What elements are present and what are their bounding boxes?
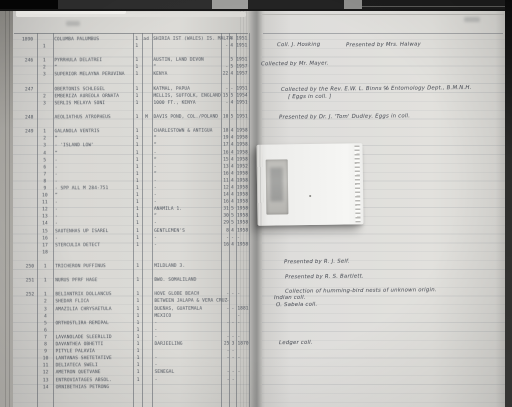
cell-day: 16 <box>221 199 229 206</box>
cell-qty: 1 <box>133 199 142 206</box>
cell-day: 16 <box>221 241 229 248</box>
cell-month: 4 <box>229 177 236 184</box>
cell-qty <box>134 398 143 405</box>
cell-age <box>142 291 152 298</box>
cell-day <box>221 277 229 284</box>
cell-qty: 1 <box>132 93 141 100</box>
cell-year <box>236 121 249 128</box>
cell-qty: 1 <box>132 64 141 71</box>
cell-no: 18 <box>37 249 53 256</box>
cell-reg <box>12 65 36 72</box>
cell-year: 1954 <box>235 92 248 99</box>
cell-qty <box>133 121 142 128</box>
cell-month <box>229 248 236 255</box>
cell-day: - <box>220 99 228 106</box>
cell-age <box>142 305 152 312</box>
cell-reg <box>13 122 37 129</box>
cell-age <box>142 249 152 256</box>
cell-year: - <box>237 355 250 362</box>
cell-no <box>38 398 54 405</box>
cell-qty: 1 <box>133 164 142 171</box>
cell-day <box>222 362 230 369</box>
cell-year: 1951 <box>235 35 248 42</box>
note-presented-by-1: Presented by Mrs. Halway <box>346 42 421 49</box>
cell-day: - <box>220 43 228 50</box>
cell-age <box>142 199 152 206</box>
cell-qty <box>133 284 142 291</box>
cell-qty: 1 <box>134 355 143 362</box>
cell-qty: 1 <box>133 206 142 213</box>
cell-qty: 1 <box>133 142 142 149</box>
cell-month <box>229 298 236 305</box>
cell-age <box>141 100 151 107</box>
cell-no: 2 <box>36 65 52 72</box>
cell-reg: 248 <box>13 114 37 121</box>
cell-year <box>237 376 250 383</box>
cell-month: 4 <box>229 227 236 234</box>
cell-month: - <box>229 291 236 298</box>
cell-month: - <box>230 348 237 355</box>
cell-day <box>222 390 230 397</box>
cell-qty: 1 <box>133 128 142 135</box>
cell-age <box>142 213 152 220</box>
cell-day <box>221 270 229 277</box>
top-edge-glint <box>362 6 505 7</box>
cell-reg <box>13 150 37 157</box>
cell-qty <box>133 107 142 114</box>
cell-no: 1 <box>36 58 52 65</box>
cell-age <box>143 355 153 362</box>
cell-no <box>37 270 53 277</box>
cell-reg <box>13 107 37 114</box>
cell-qty <box>133 270 142 277</box>
cell-no: 15 <box>37 228 53 235</box>
cell-day: - <box>221 334 229 341</box>
cell-year: 1951 <box>235 43 248 50</box>
cell-qty <box>133 249 142 256</box>
cell-day: 13 <box>221 163 229 170</box>
cell-day <box>220 78 228 85</box>
cell-no: 9 <box>37 185 53 192</box>
cell-age <box>143 376 153 383</box>
cell-qty: 1 <box>133 298 142 305</box>
cell-year <box>236 270 249 277</box>
cell-age <box>142 334 152 341</box>
cell-no <box>36 36 52 43</box>
note-ledger-coll: Ledger coll. <box>279 340 313 346</box>
cell-age <box>143 391 153 398</box>
cell-age <box>143 341 153 348</box>
cell-year <box>237 390 250 397</box>
cell-qty: 1 <box>132 86 141 93</box>
cell-qty: 1 <box>133 185 142 192</box>
cell-day: 31 <box>221 206 229 213</box>
cell-age <box>142 256 152 263</box>
cell-day: 15 <box>221 156 229 163</box>
cell-locality <box>153 397 222 404</box>
cell-age <box>142 242 152 249</box>
cell-month <box>229 106 236 113</box>
cell-month <box>228 78 235 85</box>
cell-no <box>37 121 53 128</box>
photo-top-edge <box>0 0 512 11</box>
cell-qty <box>132 79 141 86</box>
cell-month: 4 <box>228 71 235 78</box>
cell-year: - <box>236 234 249 241</box>
cell-qty: 1 <box>132 43 141 50</box>
cell-month <box>229 270 236 277</box>
cell-month: 4 <box>229 199 236 206</box>
note-collected-by-1: Collected by Mr. Mayer. <box>261 61 329 68</box>
cell-qty: 1 <box>132 71 141 78</box>
cell-age <box>141 93 151 100</box>
cell-reg <box>12 100 36 107</box>
cell-year: 1957 <box>235 71 248 78</box>
cell-qty: 1 <box>133 277 142 284</box>
cell-age <box>142 277 152 284</box>
cell-qty: 1 <box>133 227 142 234</box>
cell-day: - <box>222 369 230 376</box>
cell-year <box>236 277 249 284</box>
notepad-speck <box>309 195 311 197</box>
cell-day <box>222 397 230 404</box>
cell-qty: 1 <box>133 306 142 313</box>
top-edge-segment <box>362 0 512 9</box>
cell-year <box>235 78 248 85</box>
cell-day: - <box>220 64 228 71</box>
cell-no <box>37 114 53 121</box>
cell-year: 1952 <box>236 163 249 170</box>
cell-age <box>141 71 151 78</box>
cell-no <box>38 391 54 398</box>
cell-age <box>142 327 152 334</box>
notepad-perforation-edge <box>354 145 360 222</box>
cell-no: 7 <box>37 334 53 341</box>
cell-month: 5 <box>229 206 236 213</box>
cell-reg <box>12 72 36 79</box>
cell-age <box>142 107 152 114</box>
cell-day: - <box>221 234 229 241</box>
cell-age <box>142 185 152 192</box>
table-row-spacer <box>14 397 250 405</box>
cell-qty: 1 <box>133 178 142 185</box>
register-book-photo: 1890COLUMBA PALUMBUS1adSHIRIA IST (WALES… <box>0 0 512 407</box>
note-presented-by-4: Presented by R. S. Bartlett. <box>285 274 364 281</box>
cell-year: 1958 <box>236 149 249 156</box>
cell-year: - <box>236 312 249 319</box>
cell-qty: 1 <box>134 376 143 383</box>
cell-month: 5 <box>228 64 235 71</box>
note-presented-by-3: Presented by R. J. Self. <box>284 259 350 266</box>
cell-day: 10 <box>221 114 229 121</box>
cell-month: - <box>229 234 236 241</box>
cell-no: 2 <box>37 136 53 143</box>
cell-no <box>36 86 52 93</box>
cell-day: - <box>221 291 229 298</box>
cell-qty: 1 <box>132 36 141 43</box>
cell-year: 1951 <box>235 85 248 92</box>
cell-reg <box>13 171 37 178</box>
cell-reg: 249 <box>13 129 37 136</box>
cell-reg: 246 <box>12 58 36 65</box>
cell-qty: 1 <box>133 313 142 320</box>
cell-no: 12 <box>37 207 53 214</box>
cell-year <box>236 262 249 269</box>
top-edge-segment <box>58 0 212 9</box>
cell-no: 14 <box>37 221 53 228</box>
cell-qty: 1 <box>133 171 142 178</box>
cell-no: 5 <box>37 157 53 164</box>
cell-month: - <box>229 319 236 326</box>
cell-year: 1958 <box>236 156 249 163</box>
cell-year: 1958 <box>236 220 249 227</box>
cell-qty: 1 <box>132 100 141 107</box>
cell-year: - <box>236 319 249 326</box>
cell-day: 17 <box>221 142 229 149</box>
cell-day: 8 <box>221 227 229 234</box>
cell-age: M <box>142 114 152 121</box>
cell-no <box>36 51 52 58</box>
cell-age <box>143 369 153 376</box>
cell-month: - <box>230 369 237 376</box>
cell-qty: 1 <box>133 192 142 199</box>
cell-no: 13 <box>37 214 53 221</box>
cell-year: 1958 <box>236 135 249 142</box>
top-edge-segment <box>248 0 344 9</box>
pencil-page-mark-right <box>464 17 480 22</box>
cell-qty: 1 <box>133 114 142 121</box>
register-table: 1890COLUMBA PALUMBUS1adSHIRIA IST (WALES… <box>12 35 250 405</box>
cell-no: 10 <box>37 192 53 199</box>
cell-day <box>221 284 229 291</box>
cell-qty: 1 <box>133 220 142 227</box>
cell-day: - <box>221 305 229 312</box>
cell-age <box>142 227 152 234</box>
cell-month: 4 <box>229 128 236 135</box>
cell-day <box>221 312 229 319</box>
cell-year: 1951 <box>236 114 249 121</box>
cell-qty: 1 <box>133 213 142 220</box>
cell-qty: 1 <box>133 320 142 327</box>
cell-no: 12 <box>38 370 54 377</box>
cell-month <box>229 326 236 333</box>
cell-month: 5 <box>228 92 235 99</box>
cell-month <box>229 255 236 262</box>
right-page-top-edge <box>262 14 504 15</box>
cell-day: - <box>222 348 230 355</box>
cell-month: 4 <box>229 149 236 156</box>
cell-qty: 1 <box>134 348 143 355</box>
cell-month: - <box>229 305 236 312</box>
cell-month: - <box>228 85 235 92</box>
cell-age <box>142 121 152 128</box>
cell-qty <box>132 50 141 57</box>
perforated-notepad <box>256 143 363 225</box>
cell-month <box>229 277 236 284</box>
cell-age <box>142 235 152 242</box>
cell-year: 1958 <box>236 213 249 220</box>
cell-qty: 1 <box>134 362 143 369</box>
notepad-label-block <box>266 159 289 214</box>
cell-qty: 1 <box>134 341 143 348</box>
note-indian-coll: Indian coll. <box>274 295 306 301</box>
cell-age <box>142 206 152 213</box>
cell-day: 22 <box>220 71 228 78</box>
cell-month: 4 <box>229 142 236 149</box>
cell-month: 4 <box>229 135 236 142</box>
cell-no: 6 <box>37 327 53 334</box>
cell-year <box>237 362 250 369</box>
note-eggs-in-coll: [ Eggs in coll. ] <box>288 94 331 100</box>
cell-no: 3 <box>37 143 53 150</box>
cell-month: 4 <box>229 156 236 163</box>
cell-no <box>36 79 52 86</box>
cell-no: 6 <box>37 164 53 171</box>
cell-year: 1958 <box>236 142 249 149</box>
cell-age <box>142 313 152 320</box>
cell-no: 17 <box>37 242 53 249</box>
top-edge-segment-light <box>344 0 362 9</box>
cell-day <box>221 326 229 333</box>
cell-age <box>142 135 152 142</box>
cell-year: - <box>236 333 249 340</box>
cell-day: 15 <box>220 92 228 99</box>
cell-no: 13 <box>38 377 54 384</box>
cell-age <box>142 164 152 171</box>
cell-day: - <box>221 319 229 326</box>
cell-year <box>237 383 250 390</box>
cell-month <box>229 263 236 270</box>
cell-month: 5 <box>229 213 236 220</box>
cell-age <box>142 178 152 185</box>
left-page-stack-streaks <box>5 11 13 407</box>
cell-species <box>54 398 134 405</box>
notepad-left-edge <box>256 145 263 226</box>
cell-no: 1 <box>37 129 53 136</box>
cell-year: 1958 <box>236 206 249 213</box>
cell-month: 5 <box>229 220 236 227</box>
note-sabela-coll: O. Sabela coll. <box>276 302 317 308</box>
cell-age <box>141 86 151 93</box>
cell-age <box>142 149 152 156</box>
cell-day: 30 <box>221 213 229 220</box>
cell-month: - <box>229 333 236 340</box>
cell-age <box>142 171 152 178</box>
cell-qty: 1 <box>133 135 142 142</box>
cell-year <box>236 106 249 113</box>
cell-month: 4 <box>228 43 235 50</box>
cell-day <box>221 107 229 114</box>
cell-day <box>221 248 229 255</box>
cell-year: 1958 <box>236 184 249 191</box>
cell-month <box>229 121 236 128</box>
cell-year: 1958 <box>236 199 249 206</box>
cell-age <box>141 43 151 50</box>
cell-age <box>142 220 152 227</box>
cell-year <box>235 50 248 57</box>
cell-no: 9 <box>38 348 54 355</box>
cell-age <box>142 320 152 327</box>
cell-qty <box>133 256 142 263</box>
pencil-page-mark-left <box>66 21 80 26</box>
cell-year: 1951 <box>235 99 248 106</box>
cell-year: 1958 <box>236 170 249 177</box>
cell-month: 5 <box>229 114 236 121</box>
cell-qty: 1 <box>133 263 142 270</box>
cell-day: 12 <box>221 185 229 192</box>
cell-no: 3 <box>37 306 53 313</box>
cell-reg <box>13 136 37 143</box>
cell-day: 16 <box>221 170 229 177</box>
cell-day: - <box>220 85 228 92</box>
cell-day: - <box>222 376 230 383</box>
cell-no: 10 <box>38 356 54 363</box>
cell-reg: 247 <box>12 86 36 93</box>
cell-year <box>237 397 250 404</box>
cell-no: 14 <box>38 384 54 391</box>
cell-day: 11 <box>221 177 229 184</box>
cell-year <box>237 348 250 355</box>
notepad-label-smudge <box>270 167 283 201</box>
cell-age <box>141 64 151 71</box>
cell-year: 1951 <box>235 57 248 64</box>
cell-reg <box>14 398 38 405</box>
cell-qty: 1 <box>133 242 142 249</box>
cell-qty: 1 <box>132 57 141 64</box>
cell-reg <box>12 93 36 100</box>
cell-month <box>230 362 237 369</box>
cell-no: 5 <box>37 320 53 327</box>
cell-qty: 1 <box>133 157 142 164</box>
cell-no: 11 <box>38 363 54 370</box>
cell-year: - <box>237 369 250 376</box>
cell-qty <box>134 391 143 398</box>
cell-age <box>143 398 153 405</box>
cell-age <box>142 128 152 135</box>
cell-no: 3 <box>36 100 52 107</box>
cell-age <box>142 263 152 270</box>
cell-reg <box>13 178 37 185</box>
top-edge-segment <box>0 0 58 9</box>
cell-day: 14 <box>221 192 229 199</box>
top-edge-segment-light <box>212 0 248 9</box>
cell-month <box>229 284 236 291</box>
cell-no: 1 <box>36 43 52 50</box>
cell-year: 1958 <box>236 192 249 199</box>
cell-no: 1 <box>37 278 53 285</box>
cell-year <box>236 284 249 291</box>
cell-year: 1958 <box>236 177 249 184</box>
cell-day <box>222 383 230 390</box>
cell-no: 2 <box>36 93 52 100</box>
cell-year <box>236 326 249 333</box>
cell-month: 4 <box>229 241 236 248</box>
cell-reg <box>12 79 36 86</box>
cell-no: 4 <box>37 313 53 320</box>
cell-qty: 1 <box>133 334 142 341</box>
cell-qty: 1 <box>133 327 142 334</box>
note-collector: Coll. J. Hosking <box>277 42 320 48</box>
cell-year: 1958 <box>236 128 249 135</box>
cell-age <box>142 284 152 291</box>
cell-age <box>143 384 153 391</box>
cell-age <box>142 270 152 277</box>
cell-month: 4 <box>228 99 235 106</box>
cell-reg <box>12 51 36 58</box>
cell-age <box>143 348 153 355</box>
cell-age <box>141 50 151 57</box>
cell-no: 16 <box>37 235 53 242</box>
